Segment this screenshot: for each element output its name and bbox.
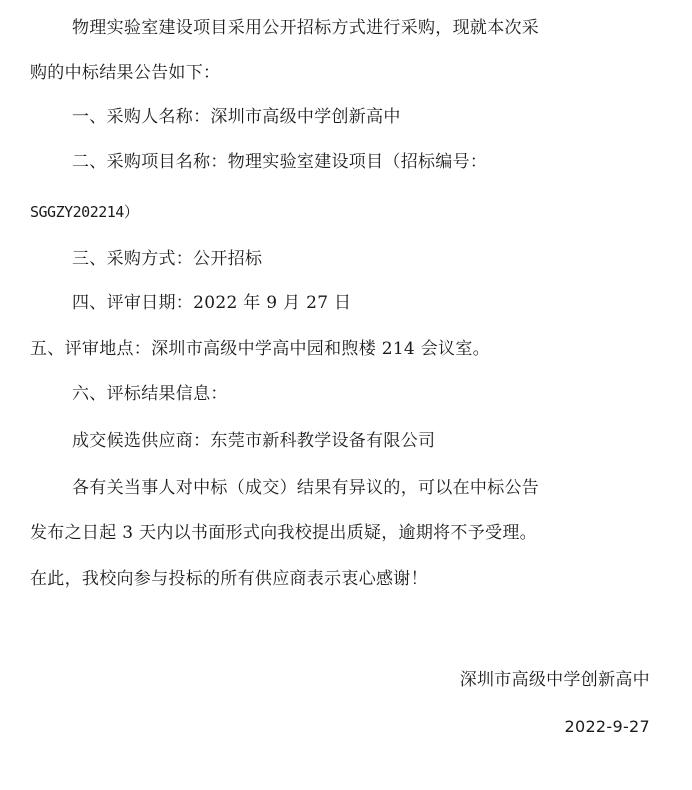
purchaser-name: 一、采购人名称：深圳市高级中学创新高中 <box>72 106 401 128</box>
notice-line-2: 发布之日起 3 天内以书面形式向我校提出质疑，逾期将不予受理。 <box>30 522 537 544</box>
notice-line-1: 各有关当事人对中标（成交）结果有异议的，可以在中标公告 <box>72 477 539 499</box>
procurement-method: 三、采购方式：公开招标 <box>72 248 262 270</box>
notice-line-3: 在此，我校向参与投标的所有供应商表示衷心感谢！ <box>30 568 428 590</box>
signature-organization: 深圳市高级中学创新高中 <box>460 669 650 691</box>
intro-line-1: 物理实验室建设项目采用公开招标方式进行采购，现就本次采 <box>72 17 539 39</box>
review-location: 五、评审地点：深圳市高级中学高中园和煦楼 214 会议室。 <box>30 338 490 360</box>
result-heading: 六、评标结果信息： <box>72 383 228 405</box>
project-name-line-2: SGGZY202214） <box>30 201 138 223</box>
signature-date: 2022-9-27 <box>564 716 650 738</box>
intro-line-2: 购的中标结果公告如下： <box>30 62 220 84</box>
review-date: 四、评审日期：2022 年 9 月 27 日 <box>72 292 351 314</box>
winning-supplier: 成交候选供应商：东莞市新科教学设备有限公司 <box>72 430 435 452</box>
project-name-line-1: 二、采购项目名称：物理实验室建设项目（招标编号： <box>72 151 487 173</box>
